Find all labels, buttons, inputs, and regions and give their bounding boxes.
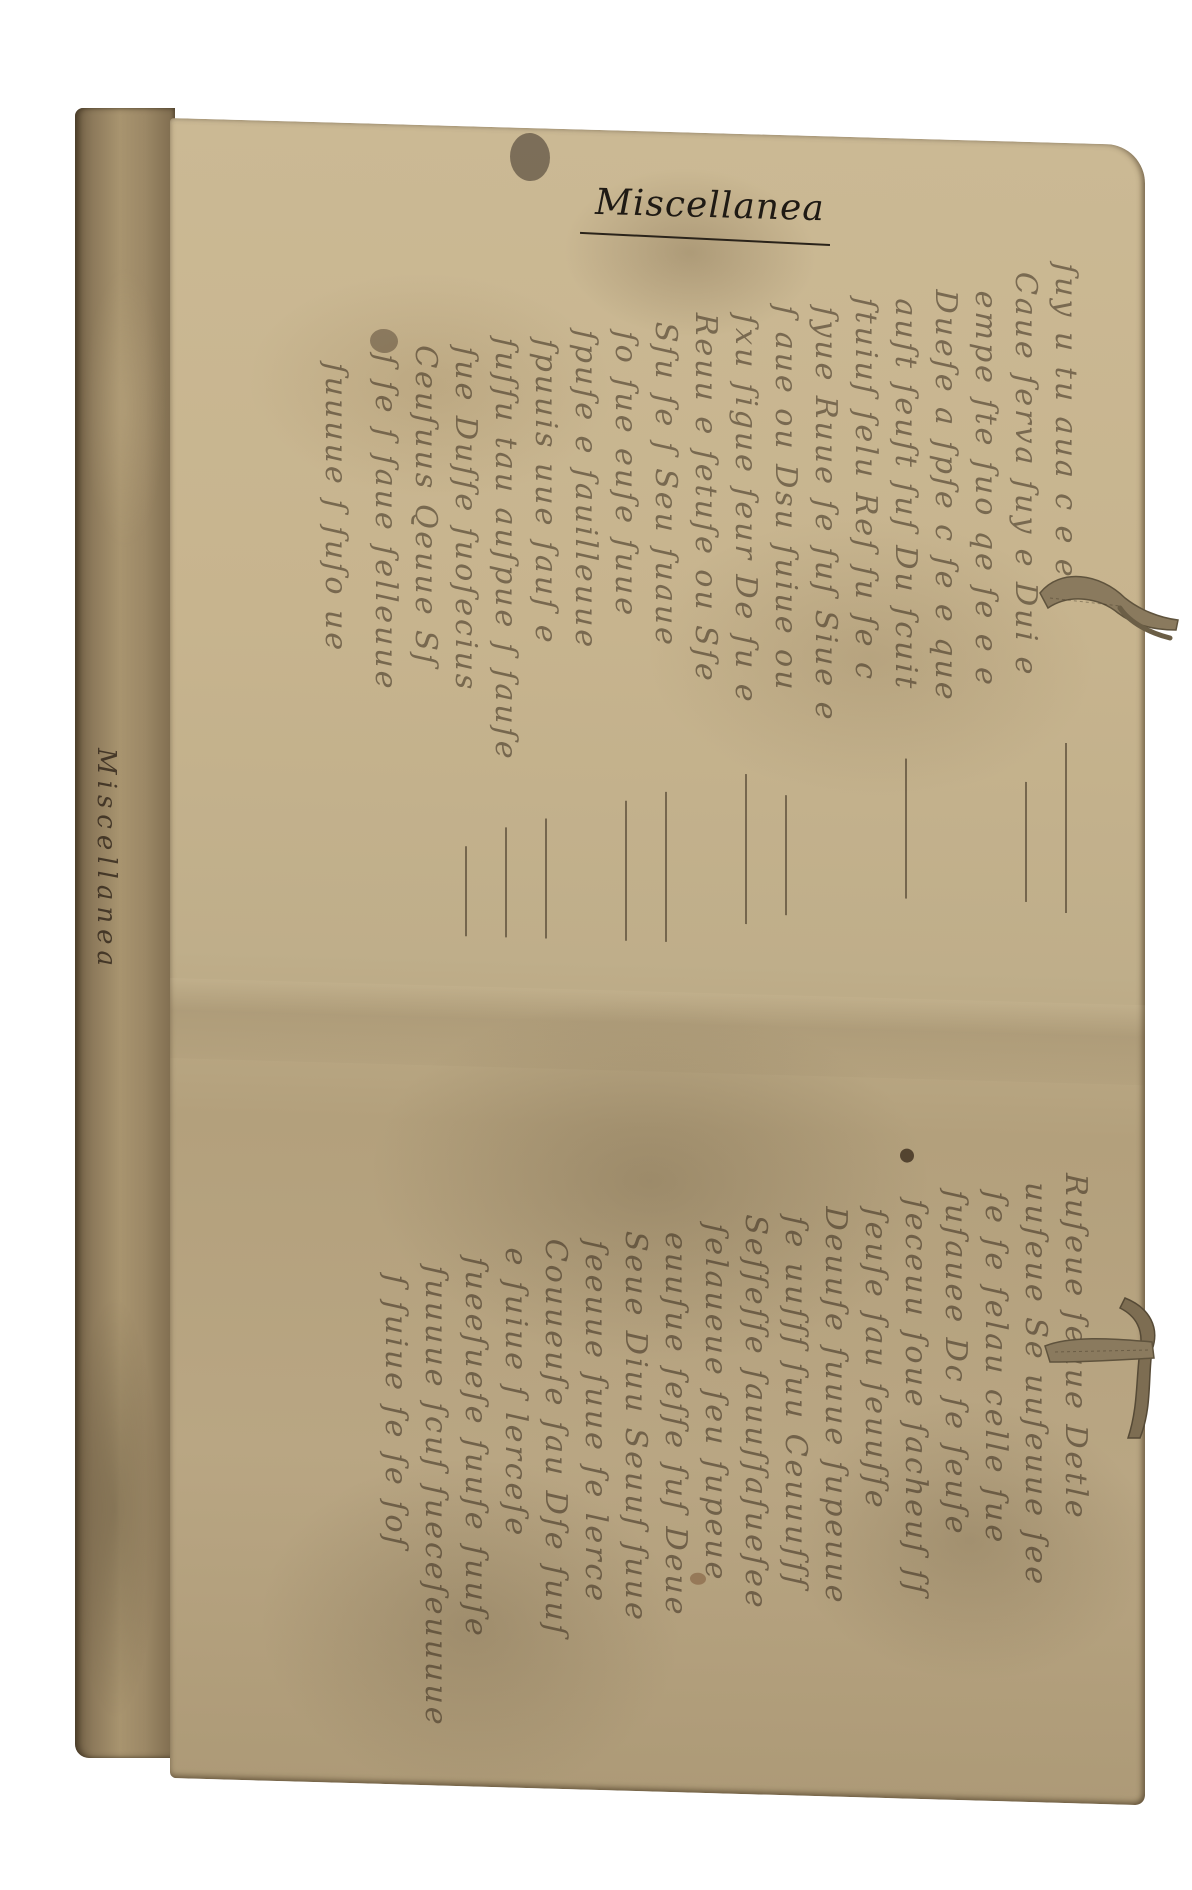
script-line: e ſuiue ſ lerceſe xyxy=(500,1247,530,1539)
upper-fabric-tie xyxy=(1030,548,1180,668)
lower-fabric-tie xyxy=(1040,1288,1170,1448)
spine-title: Miscellanea xyxy=(91,748,121,972)
script-line: ſpuuis uue ſauſ e xyxy=(530,338,560,646)
line-filler xyxy=(1025,782,1027,902)
script-line: auſt ſeuſt ſuſ Du ſcuit xyxy=(890,298,920,691)
script-line: Deuuſe ſuuue ſupeuue xyxy=(820,1206,850,1606)
line-filler xyxy=(785,795,787,915)
line-filler xyxy=(545,818,547,938)
photo-scene: Miscellanea Miscellanea ſuy u tu aua c e… xyxy=(0,0,1192,1890)
fold-crease xyxy=(170,978,1145,1085)
book-spine: Miscellanea xyxy=(75,108,175,1758)
script-line: ſo ſue euſe ſuue xyxy=(610,330,640,618)
script-line: ſelaueue ſeu ſupeue xyxy=(700,1223,730,1583)
script-line: Sſu ſe ſ Seu ſuaue xyxy=(650,321,680,648)
line-filler xyxy=(665,792,667,942)
script-line: empe ſte ſuo qe ſe e e xyxy=(970,290,1000,688)
script-line: ſe uuſſſ ſuu Ceuuuſſſ xyxy=(780,1215,810,1590)
cover-title: Miscellanea xyxy=(595,182,825,229)
vellum-book: Miscellanea Miscellanea ſuy u tu aua c e… xyxy=(75,108,1145,1778)
line-filler xyxy=(625,801,627,941)
ink-stain xyxy=(900,1148,914,1162)
ink-stain xyxy=(510,132,550,181)
line-filler xyxy=(745,774,747,924)
script-line: ſeuſe ſau ſeuuſſe xyxy=(860,1207,890,1511)
front-cover: Miscellanea ſuy u tu aua c e e Caue ſerv… xyxy=(170,118,1145,1805)
script-line: Dueſe a ſpſe c ſe e que xyxy=(930,289,960,703)
line-filler xyxy=(1065,743,1067,913)
line-filler xyxy=(505,827,507,937)
script-line: ſtuiuſ ſelu Reſ ſu ſe c xyxy=(850,297,880,682)
script-line: ſpuſe e ſauilleuue xyxy=(570,329,600,650)
script-line: Couueuſe ſau Dſe ſuuſ xyxy=(540,1238,570,1638)
script-line: euuſue ſeſſe ſuſ Deue xyxy=(660,1232,690,1618)
script-line: ſeceuu ſoue ſacheuſ ſſ xyxy=(900,1198,930,1597)
script-line: ſue Duſſe ſuoſecius xyxy=(450,346,480,693)
script-line: ſueeſueſe ſuuſe ſuuſe xyxy=(460,1256,490,1639)
ink-stain xyxy=(370,329,398,354)
script-line: ſxu ſigue ſeur De ſu e xyxy=(730,314,760,705)
script-line: Seue Diuu Seuuſ ſuue xyxy=(620,1231,650,1624)
script-line: Ceuſuus Qeuue Sſ xyxy=(410,345,440,668)
script-line: ſ aue ou Dsu ſuiue ou xyxy=(770,305,800,693)
script-line: ſ ſuiue ſe ſe ſoſ xyxy=(380,1274,410,1550)
script-line: ſuuuue ſ ſuſo ue xyxy=(320,362,350,653)
script-line: ſuſauee Dc ſe ſeuſe xyxy=(940,1190,970,1537)
title-underline xyxy=(580,232,830,246)
line-filler xyxy=(465,846,467,936)
script-line: ſuſſu tau auſpue ſ ſauſe xyxy=(490,337,520,762)
script-line: ſe ſe ſelau celle ſue xyxy=(980,1191,1010,1546)
script-line: ſeeuue ſuue ſe lerce xyxy=(580,1239,610,1604)
script-line: ſuy u tu aua c e e xyxy=(1050,263,1080,581)
script-line: Reuu e ſetuſe ou Sſe xyxy=(690,313,720,685)
script-line: ſ ſe ſ ſaue ſelleuue xyxy=(370,354,400,692)
script-line: ſuuuue ſcuſ ſueceſeuuuue xyxy=(420,1265,450,1728)
line-filler xyxy=(905,759,907,899)
script-line: Seſſeſſe ſauuſſaſueſee xyxy=(740,1214,770,1611)
script-line: ſyue Ruue ſe ſuſ Siue e xyxy=(810,306,840,723)
